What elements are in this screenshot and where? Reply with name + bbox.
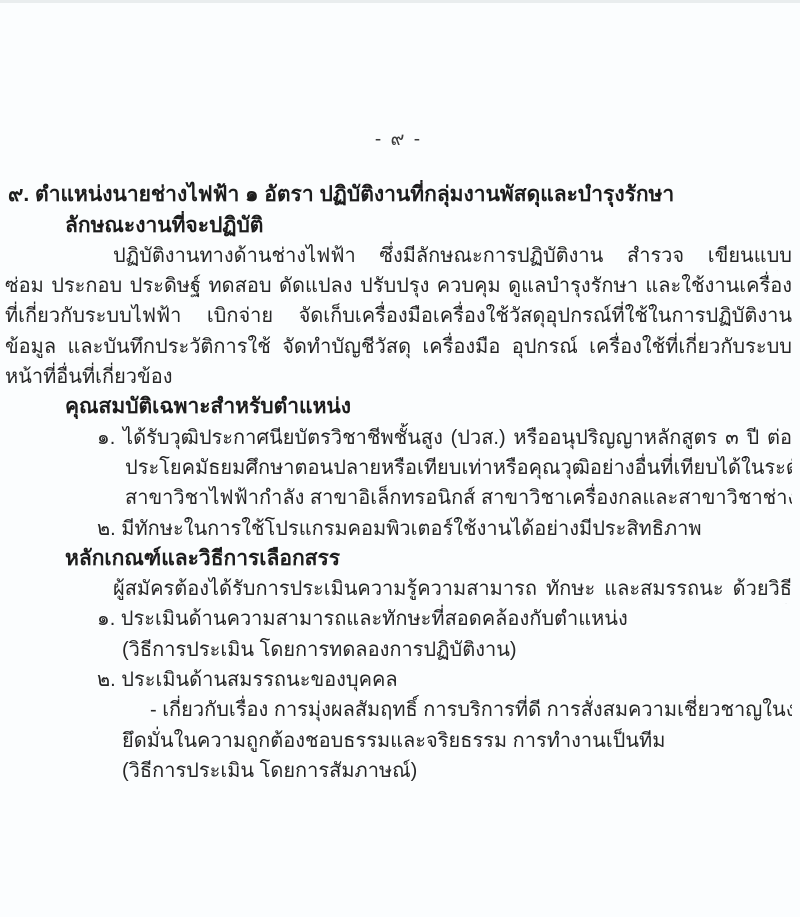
qualification-item-continued: สาขาวิชาไฟฟ้ากำลัง สาขาอิเล็กทรอนิกส์ สา…: [125, 483, 792, 513]
page-body: - ๙ - ๙. ตำแหน่งนายช่างไฟฟ้า ๑ อัตรา ปฏิ…: [5, 125, 792, 786]
qualification-item: ๑. ได้รับวุฒิประกาศนียบัตรวิชาชีพชั้นสูง…: [97, 423, 792, 453]
criteria-intro: ผู้สมัครต้องได้รับการประเมินความรู้ความส…: [113, 574, 792, 604]
criteria-item: ๑. ประเมินด้านความสามารถและทักษะที่สอดคล…: [97, 604, 792, 634]
duties-line: ปฏิบัติงานทางด้านช่างไฟฟ้า ซึ่งมีลักษณะก…: [113, 241, 792, 271]
qualification-item-continued: ประโยคมัธยมศึกษาตอนปลายหรือเทียบเท่าหรือ…: [125, 453, 792, 483]
criteria-heading: หลักเกณฑ์และวิธีการเลือกสรร: [65, 544, 792, 574]
qualification-item: ๒. มีทักษะในการใช้โปรแกรมคอมพิวเตอร์ใช้ง…: [97, 514, 792, 544]
duties-line: หน้าที่อื่นที่เกี่ยวข้อง: [5, 362, 792, 392]
criteria-method-note: (วิธีการประเมิน โดยการสัมภาษณ์): [122, 756, 792, 786]
duties-line: ที่เกี่ยวกับระบบไฟฟ้า เบิกจ่าย จัดเก็บเค…: [5, 301, 792, 331]
qualifications-heading: คุณสมบัติเฉพาะสำหรับตำแหน่ง: [65, 392, 792, 422]
duties-line: ซ่อม ประกอบ ประดิษฐ์ ทดสอบ ดัดแปลง ปรับป…: [5, 271, 792, 301]
scanned-document-page: - ๙ - ๙. ตำแหน่งนายช่างไฟฟ้า ๑ อัตรา ปฏิ…: [0, 0, 800, 917]
section-title: ๙. ตำแหน่งนายช่างไฟฟ้า ๑ อัตรา ปฏิบัติงา…: [8, 180, 792, 210]
page-number: - ๙ -: [5, 125, 792, 155]
scan-edge-artifact: [0, 0, 800, 3]
criteria-subitem: - เกี่ยวกับเรื่อง การมุ่งผลสัมฤทธิ์ การบ…: [150, 695, 792, 725]
criteria-method-note: (วิธีการประเมิน โดยการทดลองการปฏิบัติงาน…: [122, 635, 792, 665]
duties-heading: ลักษณะงานที่จะปฏิบัติ: [65, 211, 792, 241]
criteria-item: ๒. ประเมินด้านสมรรถนะของบุคคล: [97, 665, 792, 695]
duties-line: ข้อมูล และบันทึกประวัติการใช้ จัดทำบัญชี…: [5, 332, 792, 362]
criteria-subitem-continued: ยึดมั่นในความถูกต้องชอบธรรมและจริยธรรม ก…: [122, 726, 792, 756]
